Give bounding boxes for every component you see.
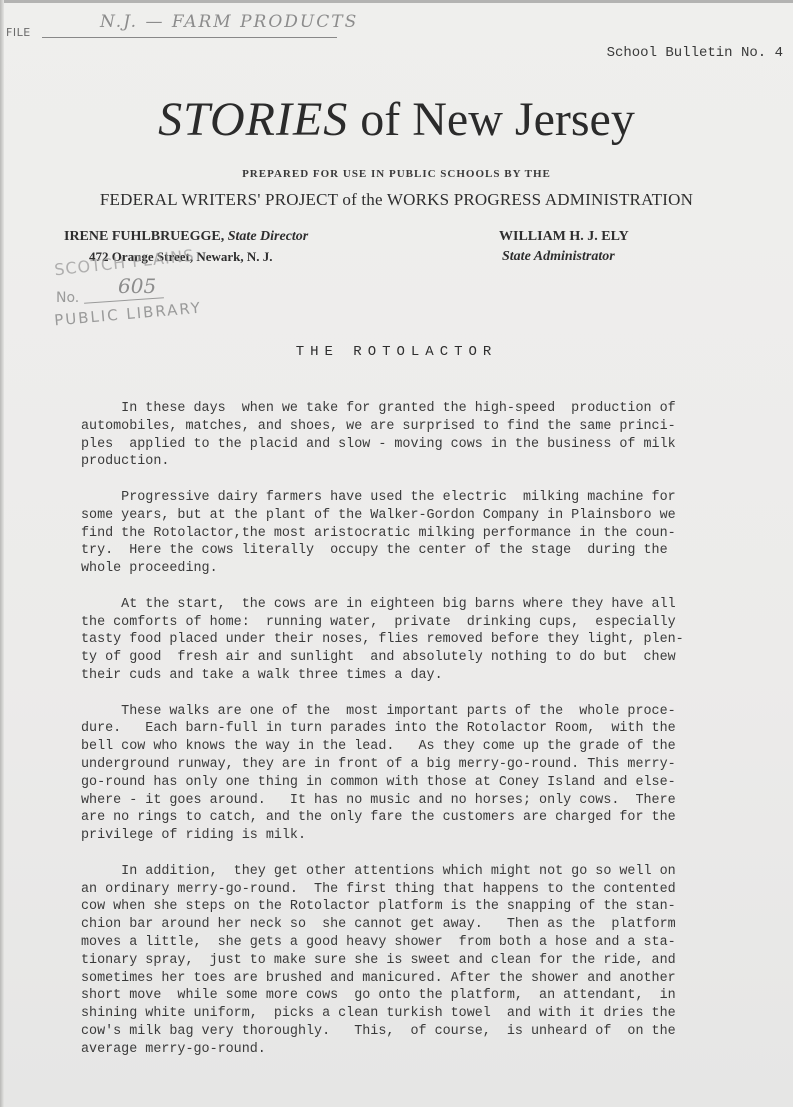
bulletin-number: School Bulletin No. 4 xyxy=(607,45,783,61)
library-stamp-no-label: No. xyxy=(56,290,79,306)
paragraph: In these days when we take for granted t… xyxy=(81,400,721,471)
file-underline xyxy=(42,37,337,38)
article-body: In these days when we take for granted t… xyxy=(81,400,721,1076)
file-label: FILE xyxy=(6,26,31,39)
paragraph: Progressive dairy farmers have used the … xyxy=(81,489,721,578)
masthead-prepared-line: PREPARED FOR USE IN PUBLIC SCHOOLS BY TH… xyxy=(0,168,793,180)
paragraph: In addition, they get other attentions w… xyxy=(81,863,721,1059)
masthead-title: STORIES of New Jersey xyxy=(0,96,793,144)
paragraph: At the start, the cows are in eighteen b… xyxy=(81,596,721,685)
file-handwritten-note: N.J. — FARM PRODUCTS xyxy=(100,12,358,32)
library-stamp-number: 605 xyxy=(118,274,156,298)
administrator-title: State Administrator xyxy=(502,249,615,265)
paragraph: These walks are one of the most importan… xyxy=(81,703,721,845)
director-name: IRENE FUHLBRUEGGE, xyxy=(64,229,224,244)
director-line: IRENE FUHLBRUEGGE, State Director xyxy=(64,229,308,245)
article-heading: THE ROTOLACTOR xyxy=(0,344,793,360)
page-top-edge xyxy=(0,0,793,3)
page-left-edge xyxy=(0,0,4,1107)
document-page: FILE N.J. — FARM PRODUCTS School Bulleti… xyxy=(0,0,793,1107)
masthead-title-italic: STORIES xyxy=(158,93,348,146)
director-title: State Director xyxy=(224,229,308,244)
administrator-name: WILLIAM H. J. ELY xyxy=(499,229,629,245)
masthead-project-line: FEDERAL WRITERS' PROJECT of the WORKS PR… xyxy=(0,190,793,210)
masthead-title-rest: of New Jersey xyxy=(348,93,635,146)
